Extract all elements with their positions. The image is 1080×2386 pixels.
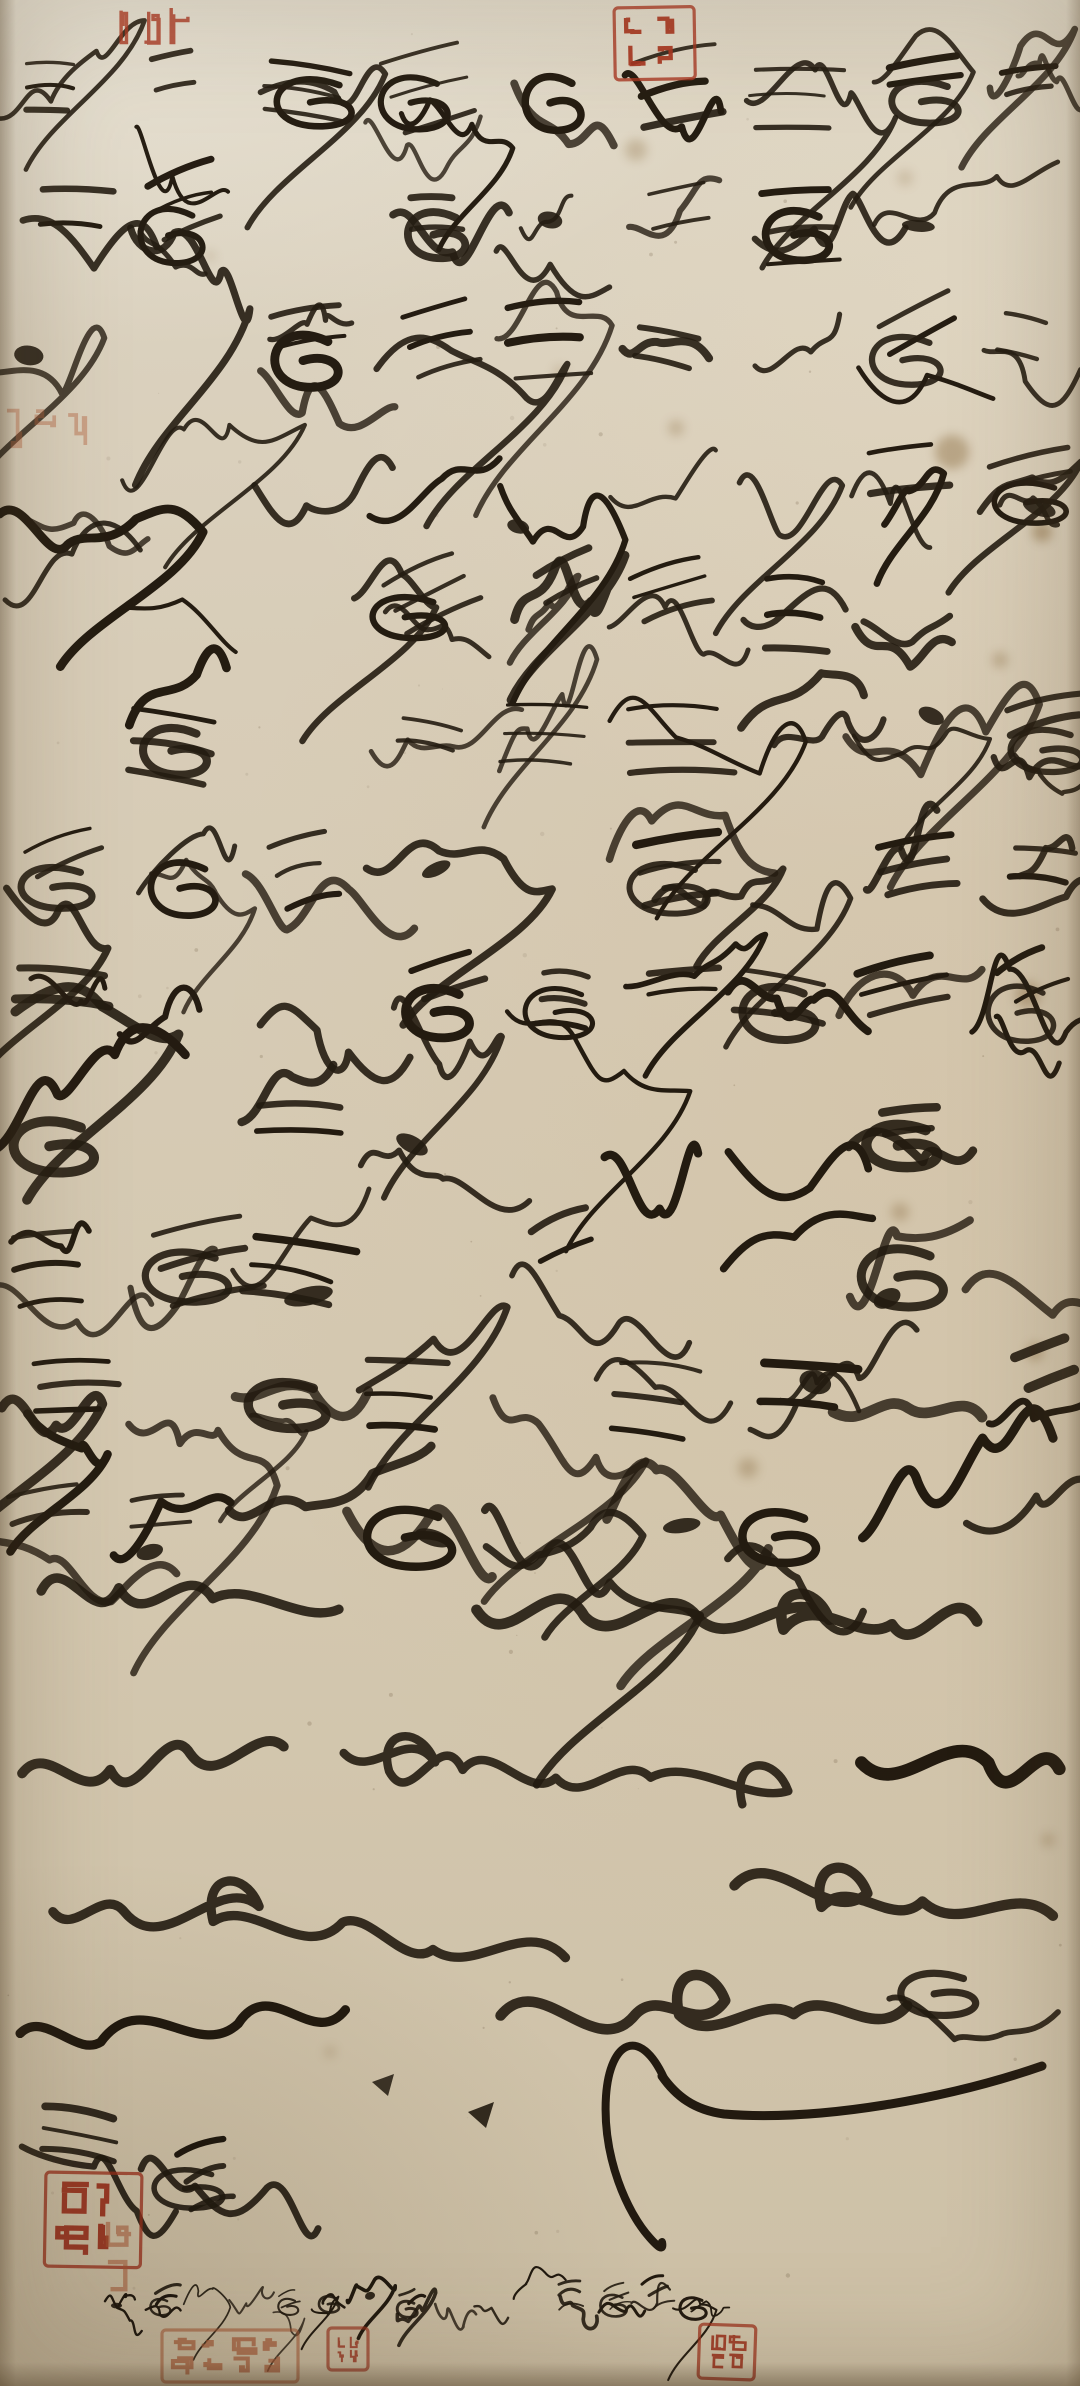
final-flourish-ink [372,2046,1042,2248]
seal-bottom-left-fragment [108,2224,129,2289]
seal-top-right [614,7,695,80]
lower-flow-ink [20,1578,1059,2236]
seal-left-edge-faint [9,411,86,447]
calligraphy-ink-layer [0,0,1080,2386]
seal-bottom-right [698,2324,756,2380]
main-text-ink [0,20,1080,1784]
seal-bottom-left [44,2172,142,2268]
colophon-inscription [105,2267,729,2380]
